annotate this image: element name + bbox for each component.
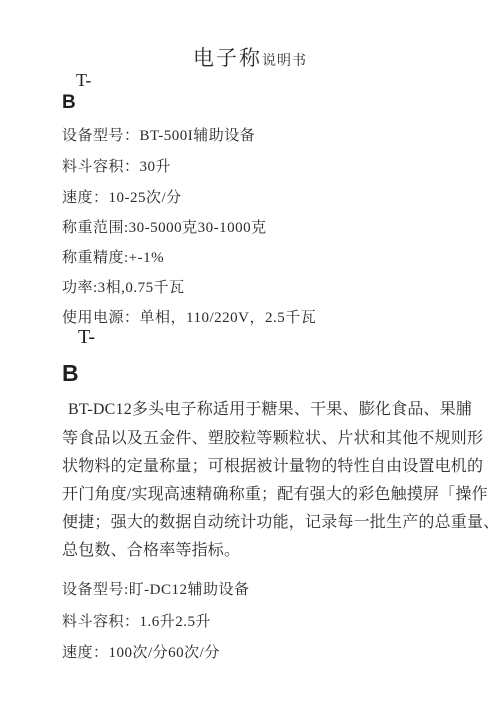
- spec-power: 功率:3相,0.75千瓦: [62, 276, 185, 297]
- section2-marker-t: T-: [78, 326, 95, 349]
- intro-line: BT-DC12多头电子称适用于糖果、干果、膨化食品、果脯: [68, 396, 472, 419]
- spec-weighing-range: 称重范围:30-5000克30-1000克: [62, 216, 267, 237]
- page-title: 电子称说明书: [0, 42, 500, 72]
- intro-line: 便捷；强大的数据自动统计功能，记录每一批生产的总重量、: [62, 509, 499, 532]
- spec-speed-2: 速度：100次/分60次/分: [62, 641, 220, 662]
- intro-line: 等食品以及五金件、塑胶粒等颗粒状、片状和其他不规则形: [62, 425, 483, 448]
- section1-marker-t: T-: [76, 70, 91, 91]
- spec-power-supply: 使用电源：单相，110/220V，2.5千瓦: [62, 306, 316, 327]
- spec-accuracy: 称重精度:+-1%: [62, 246, 164, 267]
- intro-line: 总包数、合格率等指标。: [62, 537, 240, 560]
- intro-line: 状物料的定量称量；可根据被计量物的特性自由设置电机的: [62, 453, 483, 476]
- section1-marker-b: B: [62, 92, 76, 114]
- spec-device-model-2: 设备型号:盯-DC12辅助设备: [62, 578, 250, 599]
- intro-line: 开门角度/实现高速精确称重；配有强大的彩色触摸屏「操作: [62, 481, 488, 504]
- page-title-main: 电子称: [193, 46, 262, 70]
- spec-hopper-volume-2: 料斗容积：1.6升2.5升: [62, 610, 211, 631]
- spec-hopper-volume: 料斗容积：30升: [62, 155, 171, 176]
- document-page: 电子称说明书 T- B 设备型号：BT-500I辅助设备 料斗容积：30升 速度…: [0, 0, 500, 707]
- section2-marker-b: B: [62, 360, 79, 387]
- spec-device-model: 设备型号：BT-500I辅助设备: [62, 124, 255, 145]
- page-title-sub: 说明书: [262, 54, 307, 69]
- spec-speed: 速度：10-25次/分: [62, 186, 182, 207]
